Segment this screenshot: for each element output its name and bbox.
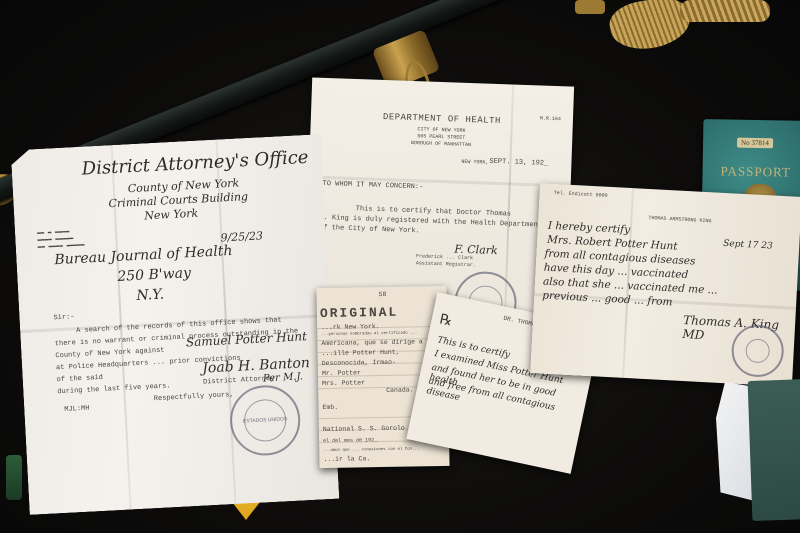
form-line: ...ir la Ca. — [323, 455, 370, 463]
green-trinket — [6, 455, 22, 500]
stamp-text: ESTADOS UNIDOS — [243, 416, 288, 424]
form-line: Emb. — [322, 404, 338, 411]
passport-label: PASSPORT — [720, 163, 791, 180]
letter-date: SEPT. 13, 192_ — [489, 158, 548, 168]
initials: Per M.J. — [263, 371, 304, 384]
form-title: ORIGINAL — [320, 305, 399, 321]
certificate-date: Sept 17 23 — [723, 239, 773, 252]
address-line: N.Y. — [136, 287, 165, 304]
gold-tassel-cord — [680, 0, 770, 22]
letterhead: THOMAS ARMSTRONG KING — [648, 215, 711, 224]
form-line: Mrs. Potter — [322, 379, 365, 387]
consular-seal-stamp: ESTADOS UNIDOS — [228, 384, 302, 458]
form-line: ...amos que ... conexiones con el Con... — [323, 447, 419, 453]
passport-number: No 37814 — [737, 138, 773, 149]
sword-hilt-fitting — [575, 0, 605, 14]
form-line: el del mes de 192_ — [323, 437, 377, 444]
signer-title: Assistant Registrar. — [416, 260, 476, 268]
letterhead-title: District Attorney's Office — [81, 147, 309, 180]
form-line: ...rk New York. — [321, 323, 380, 331]
letterhead-subtitle: New York — [144, 207, 199, 223]
form-number: 58 — [378, 291, 386, 298]
salutation: Sir:- — [53, 313, 74, 322]
body-line: of the City of New York. — [319, 224, 420, 236]
photo-scene: M.R.164 DEPARTMENT OF HEALTH CITY OF NEW… — [0, 0, 800, 533]
form-line: Americana, que se dirige a C... — [321, 338, 442, 347]
form-line: Desconocida, Irmao- — [322, 359, 396, 367]
form-line: Mr. Potter — [322, 369, 361, 377]
rx-symbol: ℞ — [438, 311, 454, 330]
closing: Respectfully yours, — [154, 391, 234, 403]
body-line: during the last five years. — [57, 382, 171, 396]
body-line: County of New York against — [55, 347, 164, 361]
phone-line: Tel. Endicott 0000 — [554, 190, 608, 199]
letterhead-small-print: ▬▬ ▬ ▬▬▬▬▬▬▬▬ ▬▬▬▬▬▬▬ ▬▬▬▬ ▬▬▬▬▬ — [37, 227, 85, 250]
body-line: of the said — [57, 374, 104, 384]
form-line: ...personas nombradas al certificado ... — [321, 331, 417, 337]
place: NEW YORK, — [461, 159, 488, 166]
form-line: ...ille Potter Hunt, — [322, 349, 400, 357]
form-line: Canada. — [386, 386, 413, 393]
second-passport — [748, 379, 800, 521]
physician-certificate: Tel. Endicott 0000 THOMAS ARMSTRONG KING… — [530, 183, 800, 386]
address-line: 250 B'way — [117, 265, 191, 285]
district-attorney-letter: District Attorney's Office County of New… — [11, 134, 340, 515]
reference-code: MJL:MH — [64, 405, 90, 414]
